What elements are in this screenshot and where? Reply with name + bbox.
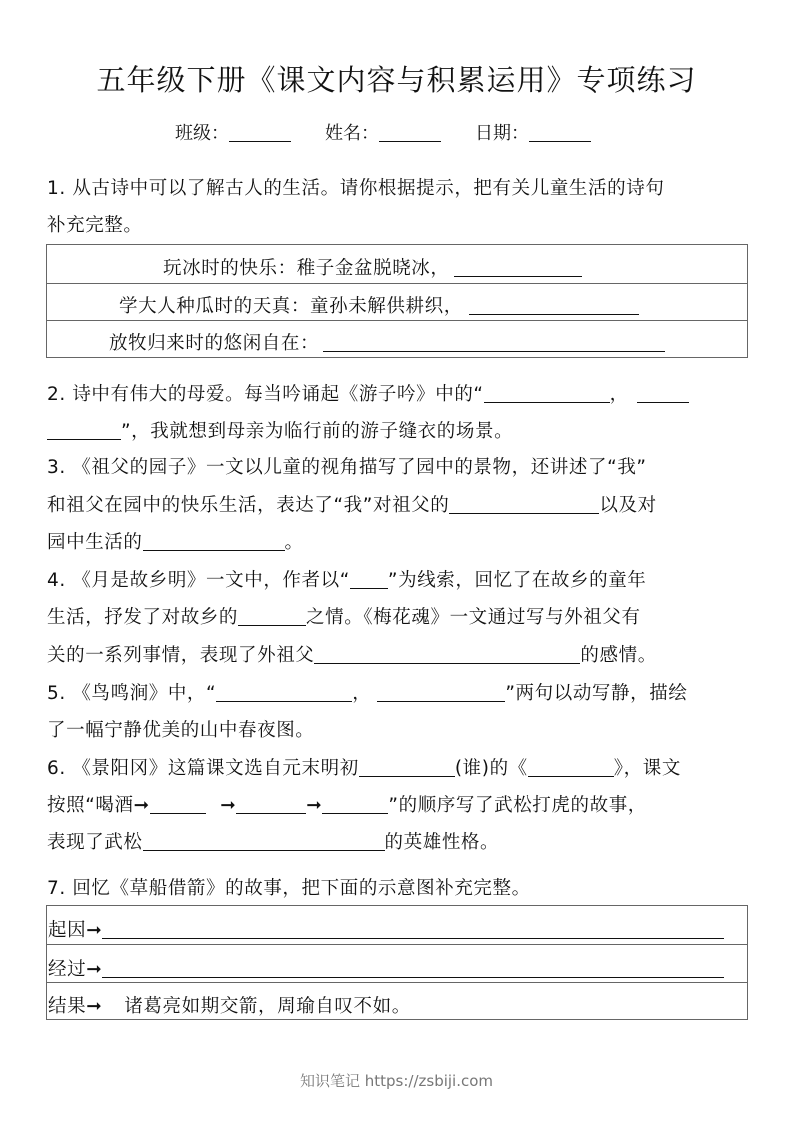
q6-blank-book[interactable] xyxy=(528,759,614,777)
q7-blank-process[interactable] xyxy=(102,960,724,978)
q6-line3: 表现了武松的英雄性格。 xyxy=(47,828,499,854)
date-label: 日期： xyxy=(475,123,529,144)
arrow-right-icon: ➞ xyxy=(134,795,150,816)
q7-blank-cause[interactable] xyxy=(102,921,724,939)
page-title: 五年级下册《课文内容与积累运用》专项练习 xyxy=(0,58,793,99)
q2-blank-2a[interactable] xyxy=(637,385,689,403)
q4-line2: 生活，抒发了对故乡的之情。《梅花魂》一文通过写与外祖父有 xyxy=(47,603,641,629)
q3-line1: 3. 《祖父的园子》一文以儿童的视角描写了园中的景物，还讲述了“我” xyxy=(47,453,647,479)
q7-row-cause: 起因➞ xyxy=(47,906,747,944)
q6-blank-author[interactable] xyxy=(359,759,455,777)
q7-row-result: 结果➞诸葛亮如期交箭，周瑜自叹不如。 xyxy=(47,982,747,1020)
q3-line2: 和祖父在园中的快乐生活，表达了“我”对祖父的以及对 xyxy=(47,491,657,517)
q7-table: 起因➞ 经过➞ 结果➞诸葛亮如期交箭，周瑜自叹不如。 xyxy=(46,905,748,1020)
q4-blank-3[interactable] xyxy=(314,646,580,664)
q4-blank-2[interactable] xyxy=(238,608,306,626)
q1-table: 玩冰时的快乐：稚子金盆脱晓冰， 学大人种瓜时的天真：童孙未解供耕织， 放牧归来时… xyxy=(46,244,748,358)
q1-row: 放牧归来时的悠闲自在： xyxy=(47,320,747,358)
q1-row: 玩冰时的快乐：稚子金盆脱晓冰， xyxy=(47,245,747,283)
q2-line2: ”，我就想到母亲为临行前的游子缝衣的场景。 xyxy=(47,417,513,443)
q6-blank-step2[interactable] xyxy=(236,796,306,814)
footer-watermark: 知识笔记 https://zsbiji.com xyxy=(0,1070,793,1091)
arrow-right-icon: ➞ xyxy=(86,959,102,980)
q5-line2: 了一幅宁静优美的山中春夜图。 xyxy=(47,716,314,742)
q7-row-process: 经过➞ xyxy=(47,944,747,983)
class-label: 班级： xyxy=(175,123,229,144)
q6-line1: 6. 《景阳冈》这篇课文选自元末明初(谁)的《》，课文 xyxy=(47,754,681,780)
q7-prompt: 7. 回忆《草船借箭》的故事，把下面的示意图补充完整。 xyxy=(47,874,531,900)
q2-line1: 2. 诗中有伟大的母爱。每当吟诵起《游子吟》中的“， xyxy=(47,380,689,406)
q1-line1: 1. 从古诗中可以了解古人的生活。请你根据提示，把有关儿童生活的诗句 xyxy=(47,174,664,200)
q5-line1: 5. 《鸟鸣涧》中，“，”两句以动写静，描绘 xyxy=(47,679,687,705)
date-field: 日期： xyxy=(475,119,591,145)
arrow-right-icon: ➞ xyxy=(86,920,102,941)
q1-row: 学大人种瓜时的天真：童孙未解供耕织， xyxy=(47,283,747,321)
q1-row-text: 放牧归来时的悠闲自在： xyxy=(109,333,319,354)
q1-row-text: 学大人种瓜时的天真：童孙未解供耕织， xyxy=(119,296,463,317)
arrow-right-icon: ➞ xyxy=(306,795,322,816)
q4-blank-1[interactable] xyxy=(350,571,388,589)
q3-blank-2[interactable] xyxy=(143,533,285,551)
arrow-right-icon: ➞ xyxy=(86,996,102,1017)
q7-result-text: 诸葛亮如期交箭，周瑜自叹不如。 xyxy=(124,996,411,1017)
q7-row-label: 结果 xyxy=(48,996,86,1017)
q1-row-text: 玩冰时的快乐：稚子金盆脱晓冰， xyxy=(163,258,450,279)
name-blank[interactable] xyxy=(379,124,441,142)
q2-blank-2b[interactable] xyxy=(47,422,121,440)
q2-blank-1[interactable] xyxy=(484,385,610,403)
q1-blank-2[interactable] xyxy=(469,297,639,315)
q1-blank-1[interactable] xyxy=(454,259,582,277)
q4-line3: 关的一系列事情，表现了外祖父的感情。 xyxy=(47,641,657,667)
name-field: 姓名： xyxy=(325,119,441,145)
date-blank[interactable] xyxy=(529,124,591,142)
q3-line3: 园中生活的。 xyxy=(47,528,304,554)
q1-line2: 补充完整。 xyxy=(47,211,143,237)
q6-blank-trait[interactable] xyxy=(143,833,385,851)
name-label: 姓名： xyxy=(325,123,379,144)
q6-line2: 按照“喝酒➞ ➞➞”的顺序写了武松打虎的故事， xyxy=(47,791,647,817)
q4-line1: 4. 《月是故乡明》一文中，作者以“”为线索，回忆了在故乡的童年 xyxy=(47,566,646,592)
q7-row-label: 经过 xyxy=(48,959,86,980)
q5-blank-2[interactable] xyxy=(377,684,505,702)
class-field: 班级： xyxy=(175,119,291,145)
q5-blank-1[interactable] xyxy=(216,684,352,702)
q1-blank-3[interactable] xyxy=(323,334,665,352)
q3-blank-1[interactable] xyxy=(449,496,599,514)
arrow-right-icon: ➞ xyxy=(220,795,236,816)
q7-row-label: 起因 xyxy=(48,920,86,941)
q6-blank-step3[interactable] xyxy=(322,796,388,814)
q6-blank-step1[interactable] xyxy=(150,796,206,814)
class-blank[interactable] xyxy=(229,124,291,142)
